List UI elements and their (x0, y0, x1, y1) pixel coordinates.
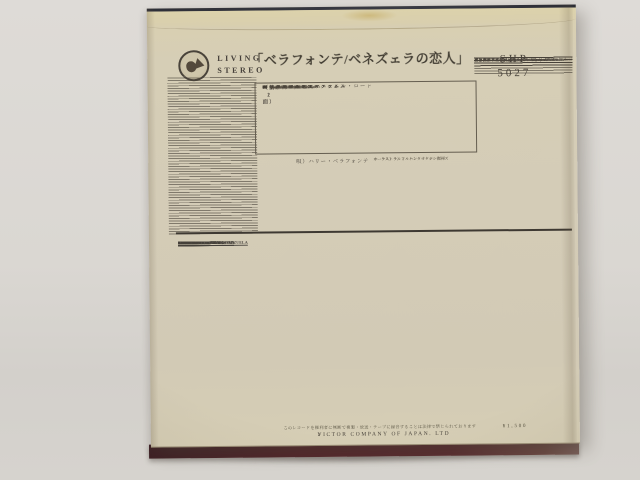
jacket-left-crease (147, 9, 159, 447)
liner-notes-left-column (167, 76, 258, 235)
album-title: 「ベラフォンテ/ベネズェラの恋人」 (250, 47, 488, 68)
photo-scene: LIVING STEREO 「ベラフォンテ/ベネズェラの恋人」 SHP 5027… (0, 0, 640, 480)
liner-section-body (474, 57, 572, 66)
lyrics-section: SWEETHEART FROM VENEZUELAGO DOWN EMANUEL… (178, 237, 573, 421)
gramophone-icon (194, 58, 206, 72)
publisher-name: VICTOR COMPANY OF JAPAN. LTD (317, 431, 450, 438)
chorus-credit: コーラス）ラルフ・ハンター・シンガーズ (373, 156, 448, 162)
track-title-en: Angelina (270, 85, 287, 90)
tracklist-box: （第1面） 1ベネズェラの恋人Sweetheart from Venezuela… (254, 80, 477, 154)
lyrics-song-title: ANGELINA (178, 240, 200, 246)
publisher-line: ♪VICTOR COMPANY OF JAPAN. LTD (289, 430, 479, 438)
price-label: ¥1,500 (503, 424, 528, 429)
victor-note-icon: ♪ (317, 432, 322, 438)
track-number: 6 (263, 85, 269, 90)
lp-back-cover: LIVING STEREO 「ベラフォンテ/ベネズェラの恋人」 SHP 5027… (147, 5, 580, 448)
performer-credit: 唄）ハリー・ベラフォンテ (296, 157, 369, 166)
photographed-object: LIVING STEREO 「ベラフォンテ/ベネズェラの恋人」 SHP 5027… (0, 0, 640, 480)
